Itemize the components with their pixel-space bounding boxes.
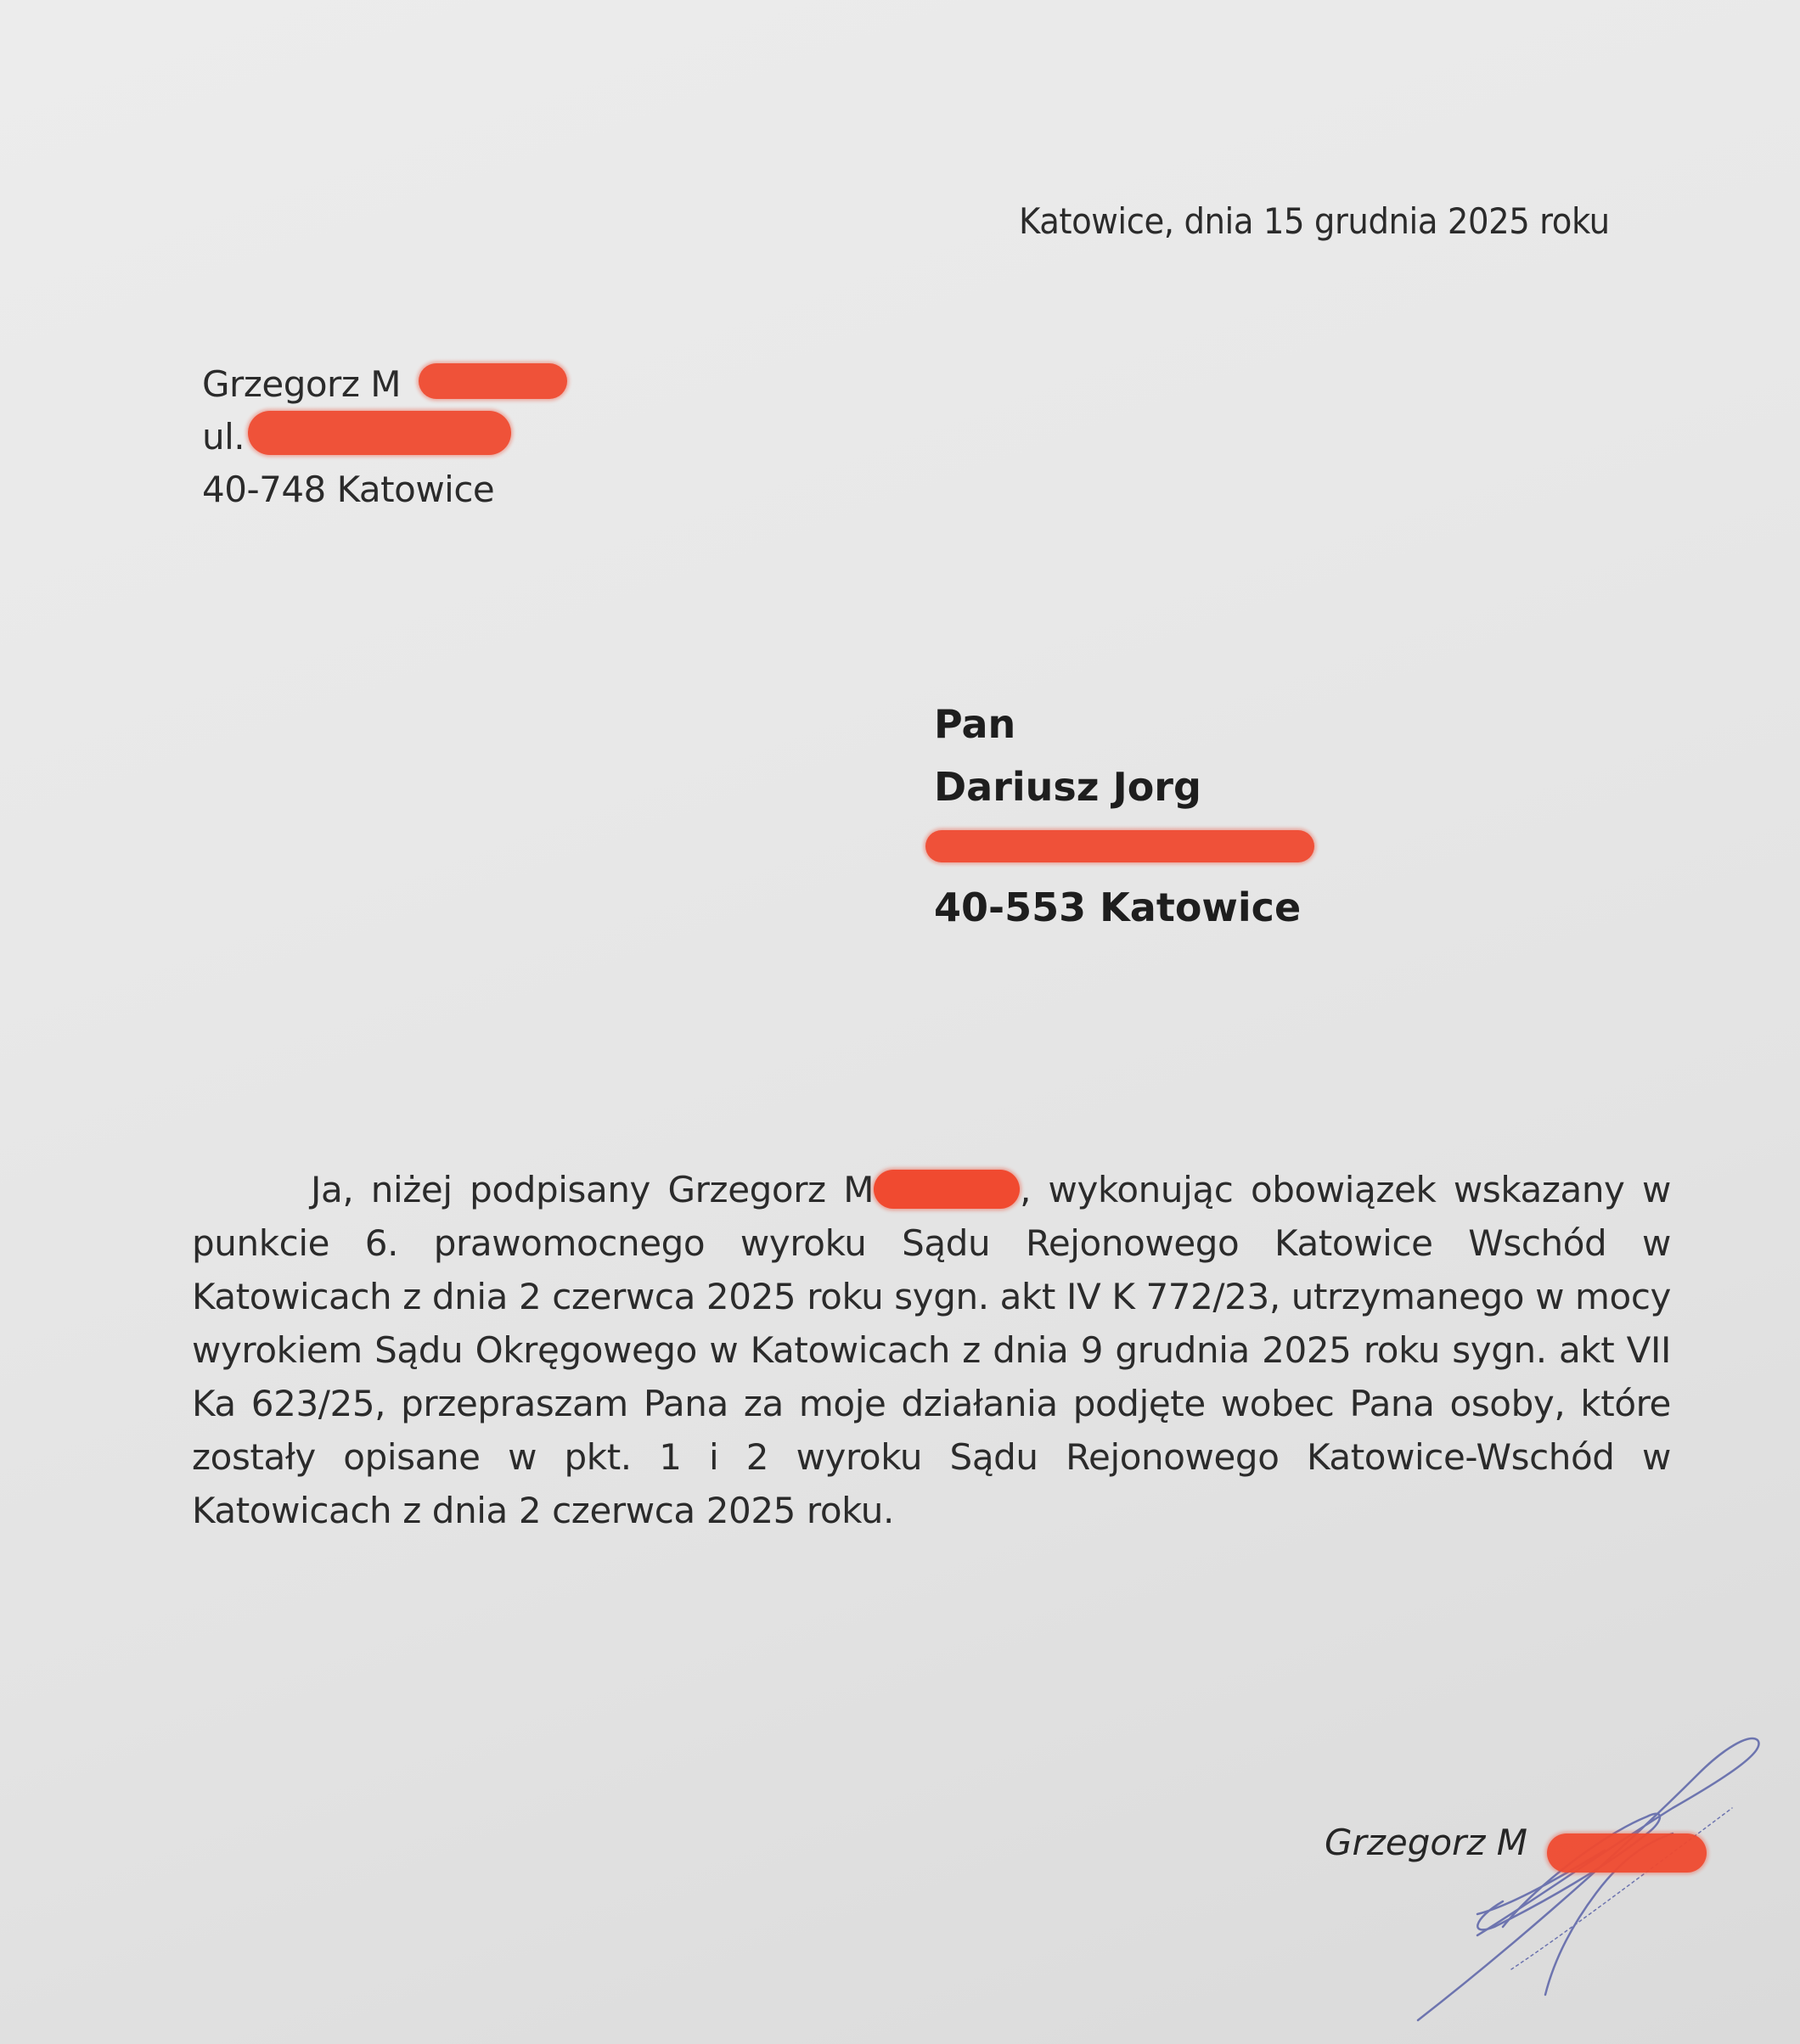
body-paragraph: Ja, niżej podpisany Grzegorz M, wykonują… — [192, 1163, 1671, 1537]
signature-printed-name: Grzegorz M — [1325, 1825, 1527, 1861]
redaction-sender-surname — [419, 363, 567, 399]
sender-postal-city: 40-748 Katowice — [202, 472, 494, 508]
redaction-signature-surname — [1547, 1833, 1707, 1873]
redaction-body-surname — [874, 1170, 1020, 1209]
recipient-postal-city: 40-553 Katowice — [934, 888, 1301, 927]
redaction-recipient-street — [925, 830, 1314, 862]
sender-name: Grzegorz M — [202, 367, 401, 402]
handwritten-signature-icon — [1392, 1715, 1783, 2037]
body-text-part2: , wykonując obowiązek wskazany w punkcie… — [192, 1169, 1671, 1531]
recipient-name: Dariusz Jorg — [934, 767, 1201, 806]
recipient-salutation: Pan — [934, 705, 1015, 744]
body-text-part1: Ja, niżej podpisany Grzegorz M — [311, 1169, 874, 1210]
place-date-line: Katowice, dnia 15 grudnia 2025 roku — [1019, 204, 1610, 239]
sender-street-prefix: ul. — [202, 419, 245, 455]
letter-page: Katowice, dnia 15 grudnia 2025 roku Grze… — [0, 0, 1800, 2044]
redaction-sender-street — [248, 411, 511, 455]
